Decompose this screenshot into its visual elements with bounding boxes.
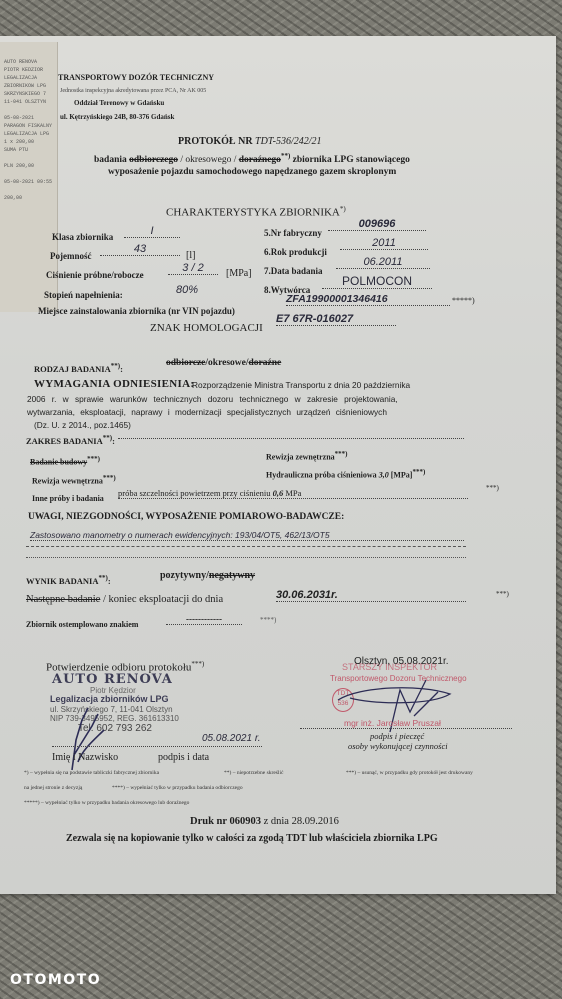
pressure-value: 3 / 2 — [168, 262, 218, 275]
requirements-text-2: 2006 r. w sprawie warunków technicznych … — [27, 394, 398, 404]
receipt-line — [4, 186, 55, 194]
external-revision: Rewizja zewnętrzna***) — [266, 450, 347, 462]
capacity-value: 43 — [100, 243, 180, 256]
receipt-line: PLN 200,00 — [4, 162, 55, 170]
result-label: WYNIK BADANIA**): — [26, 574, 111, 586]
receipt-line: LEGALIZACJA — [4, 74, 55, 82]
receipt-line: AUTO RENOVA — [4, 58, 55, 66]
accreditation: Jednostka inspekcyjna akredytowana przez… — [60, 88, 206, 94]
class-label: Klasa zbiornika — [52, 232, 113, 242]
right-caption-1: podpis i pieczęć — [370, 731, 424, 741]
next-exam-date: 30.06.2031r. — [276, 589, 466, 602]
receipt-line: 05-08-2021 09:55 — [4, 178, 55, 186]
footnote-1: *) – wypełnia się na podstawie tabliczki… — [24, 770, 159, 776]
receipt-line — [4, 170, 55, 178]
inspector-name-stamp: mgr inż. Jarosław Pruszał — [344, 718, 441, 728]
stamp-footnote-mark: ****) — [260, 616, 276, 624]
receipt-line: ZBIORNIKOW LPG — [4, 82, 55, 90]
requirements-text-3: wytwarzania, eksploatacji, naprawy i mod… — [27, 407, 387, 417]
branch-address: ul. Kętrzyńskiego 24B, 80-376 Gdańsk — [60, 113, 174, 121]
receipt-line — [4, 154, 55, 162]
requirements-text-1: Rozporządzenie Ministra Transportu z dni… — [192, 380, 410, 390]
pressure-unit: [MPa] — [226, 268, 252, 279]
hydro-test-value: 3,0 — [379, 471, 389, 480]
other-tests-footnote-mark: ***) — [486, 484, 499, 492]
receipt-line: 11-041 OLSZTYN — [4, 98, 55, 106]
right-caption-2: osoby wykonującej czynności — [348, 741, 448, 751]
protocol-title: PROTOKÓŁ NR TDT-536/242/21 — [178, 136, 322, 147]
scope-dotted-line — [118, 438, 464, 439]
receipt-line: PARAGON FISKALNY — [4, 122, 55, 130]
fill-value: 80% — [176, 284, 198, 296]
receipt-line — [4, 106, 55, 114]
receipt-line: SKRZYNSKIEGO 7 — [4, 90, 55, 98]
stamp-label: Zbiornik ostemplowano znakiem — [26, 620, 138, 629]
receipt-line: 1 x 200,00 — [4, 138, 55, 146]
capacity-label: Pojemność — [50, 251, 92, 261]
left-signature-line — [52, 746, 262, 747]
receipt-line: SUMA PTU — [4, 146, 55, 154]
footnote-5: *****) – wypełniać tylko w przypadku bad… — [24, 800, 189, 806]
footnote-2: **) – niepotrzebne skreślić — [224, 770, 283, 776]
otomoto-watermark: OTOMOTO — [10, 972, 101, 988]
left-signature-date: 05.08.2021 r. — [202, 733, 261, 744]
place-date: Olsztyn, 05.08.2021r. — [354, 656, 449, 667]
vin-value: ZFA19900001346416 — [286, 293, 450, 306]
footnote-3-cont: na jednej stronie z decyzją — [24, 785, 82, 791]
stamp-value: ------------ — [166, 614, 242, 625]
exam-type-value: odbiorcze/okresowe/doraźne — [166, 358, 281, 368]
class-value: I — [124, 225, 180, 238]
receipt-line: 05-08-2021 — [4, 114, 55, 122]
remarks-line-2 — [26, 546, 466, 547]
left-caption-name: Imię i Nazwisko — [52, 752, 118, 763]
vin-label: Miejsce zainstalowania zbiornika (nr VIN… — [38, 306, 235, 316]
copy-notice: Zezwala się na kopiowanie tylko w całośc… — [66, 833, 438, 844]
serial-value: 009696 — [328, 218, 426, 231]
remarks-label: UWAGI, NIEZGODNOŚCI, WYPOSAŻENIE POMIARO… — [28, 512, 344, 522]
other-tests-label: Inne próby i badania — [32, 494, 104, 503]
internal-revision: Rewizja wewnętrzna***) — [32, 474, 116, 486]
year-value: 2011 — [340, 237, 428, 250]
characteristics-title: CHARAKTERYSTYKA ZBIORNIKA*) — [166, 205, 346, 219]
serial-label: 5.Nr fabryczny — [264, 228, 322, 238]
org-name: TRANSPORTOWY DOZÓR TECHNICZNY — [58, 73, 214, 82]
build-exam: Badanie budowy***) — [30, 455, 100, 467]
company-stamp-name: AUTO RENOVA — [52, 672, 173, 687]
next-exam-label: Następne badanie / koniec eksploatacji d… — [26, 594, 223, 605]
remarks-value: Zastosowano manometry o numerach ewidenc… — [30, 530, 464, 541]
protocol-subtitle-1: badania odbiorczego / okresowego / doraź… — [94, 152, 410, 165]
homologation-label: ZNAK HOMOLOGACJI — [150, 322, 263, 334]
print-number: Druk nr 060903 z dnia 28.09.2016 — [190, 816, 339, 827]
test-date-label: 7.Data badania — [264, 266, 323, 276]
scope-label: ZAKRES BADANIA**): — [26, 434, 115, 446]
other-tests-value: próba szczelności powietrzem przy ciśnie… — [118, 488, 468, 499]
right-signature-line — [300, 728, 512, 729]
receipt-line: LEGALIZACJA LPG — [4, 130, 55, 138]
homologation-value: E7 67R-016027 — [276, 313, 396, 326]
vin-footnote-mark: *****) — [452, 296, 475, 305]
hydro-test: Hydrauliczna próba ciśnieniowa 3,0 [MPa]… — [266, 468, 425, 480]
branch: Oddział Terenowy w Gdańsku — [74, 99, 164, 107]
protocol-subtitle-2: wyposażenie pojazdu samochodowego napędz… — [108, 167, 396, 177]
remarks-line-3 — [26, 557, 466, 558]
maker-value: POLMOCON — [322, 274, 432, 289]
footnote-3: ***) – usunąć, w przypadku gdy protokół … — [346, 770, 473, 776]
protocol-number: TDT-536/242/21 — [255, 136, 322, 147]
receipt-line: PIOTR KEDZIOR — [4, 66, 55, 74]
requirements-label: WYMAGANIA ODNIESIENIA: — [34, 378, 194, 390]
next-exam-footnote-mark: ***) — [496, 590, 509, 598]
capacity-unit: [l] — [186, 250, 195, 261]
footnote-4: ****) – wypełniać tylko w przypadku bada… — [112, 785, 243, 791]
left-caption-signature: podpis i data — [158, 752, 209, 763]
year-label: 6.Rok produkcji — [264, 247, 327, 257]
receipt-line: 200,00 — [4, 194, 55, 202]
test-date-value: 06.2011 — [336, 256, 430, 269]
result-value: pozytywny/negatywny — [160, 570, 255, 581]
fill-label: Stopień napełnienia: — [44, 290, 123, 300]
requirements-text-4: (Dz. U. z 2014., poz.1465) — [34, 420, 131, 430]
exam-type-label: RODZAJ BADANIA**): — [34, 362, 123, 374]
pressure-label: Ciśnienie próbne/robocze — [46, 270, 144, 280]
